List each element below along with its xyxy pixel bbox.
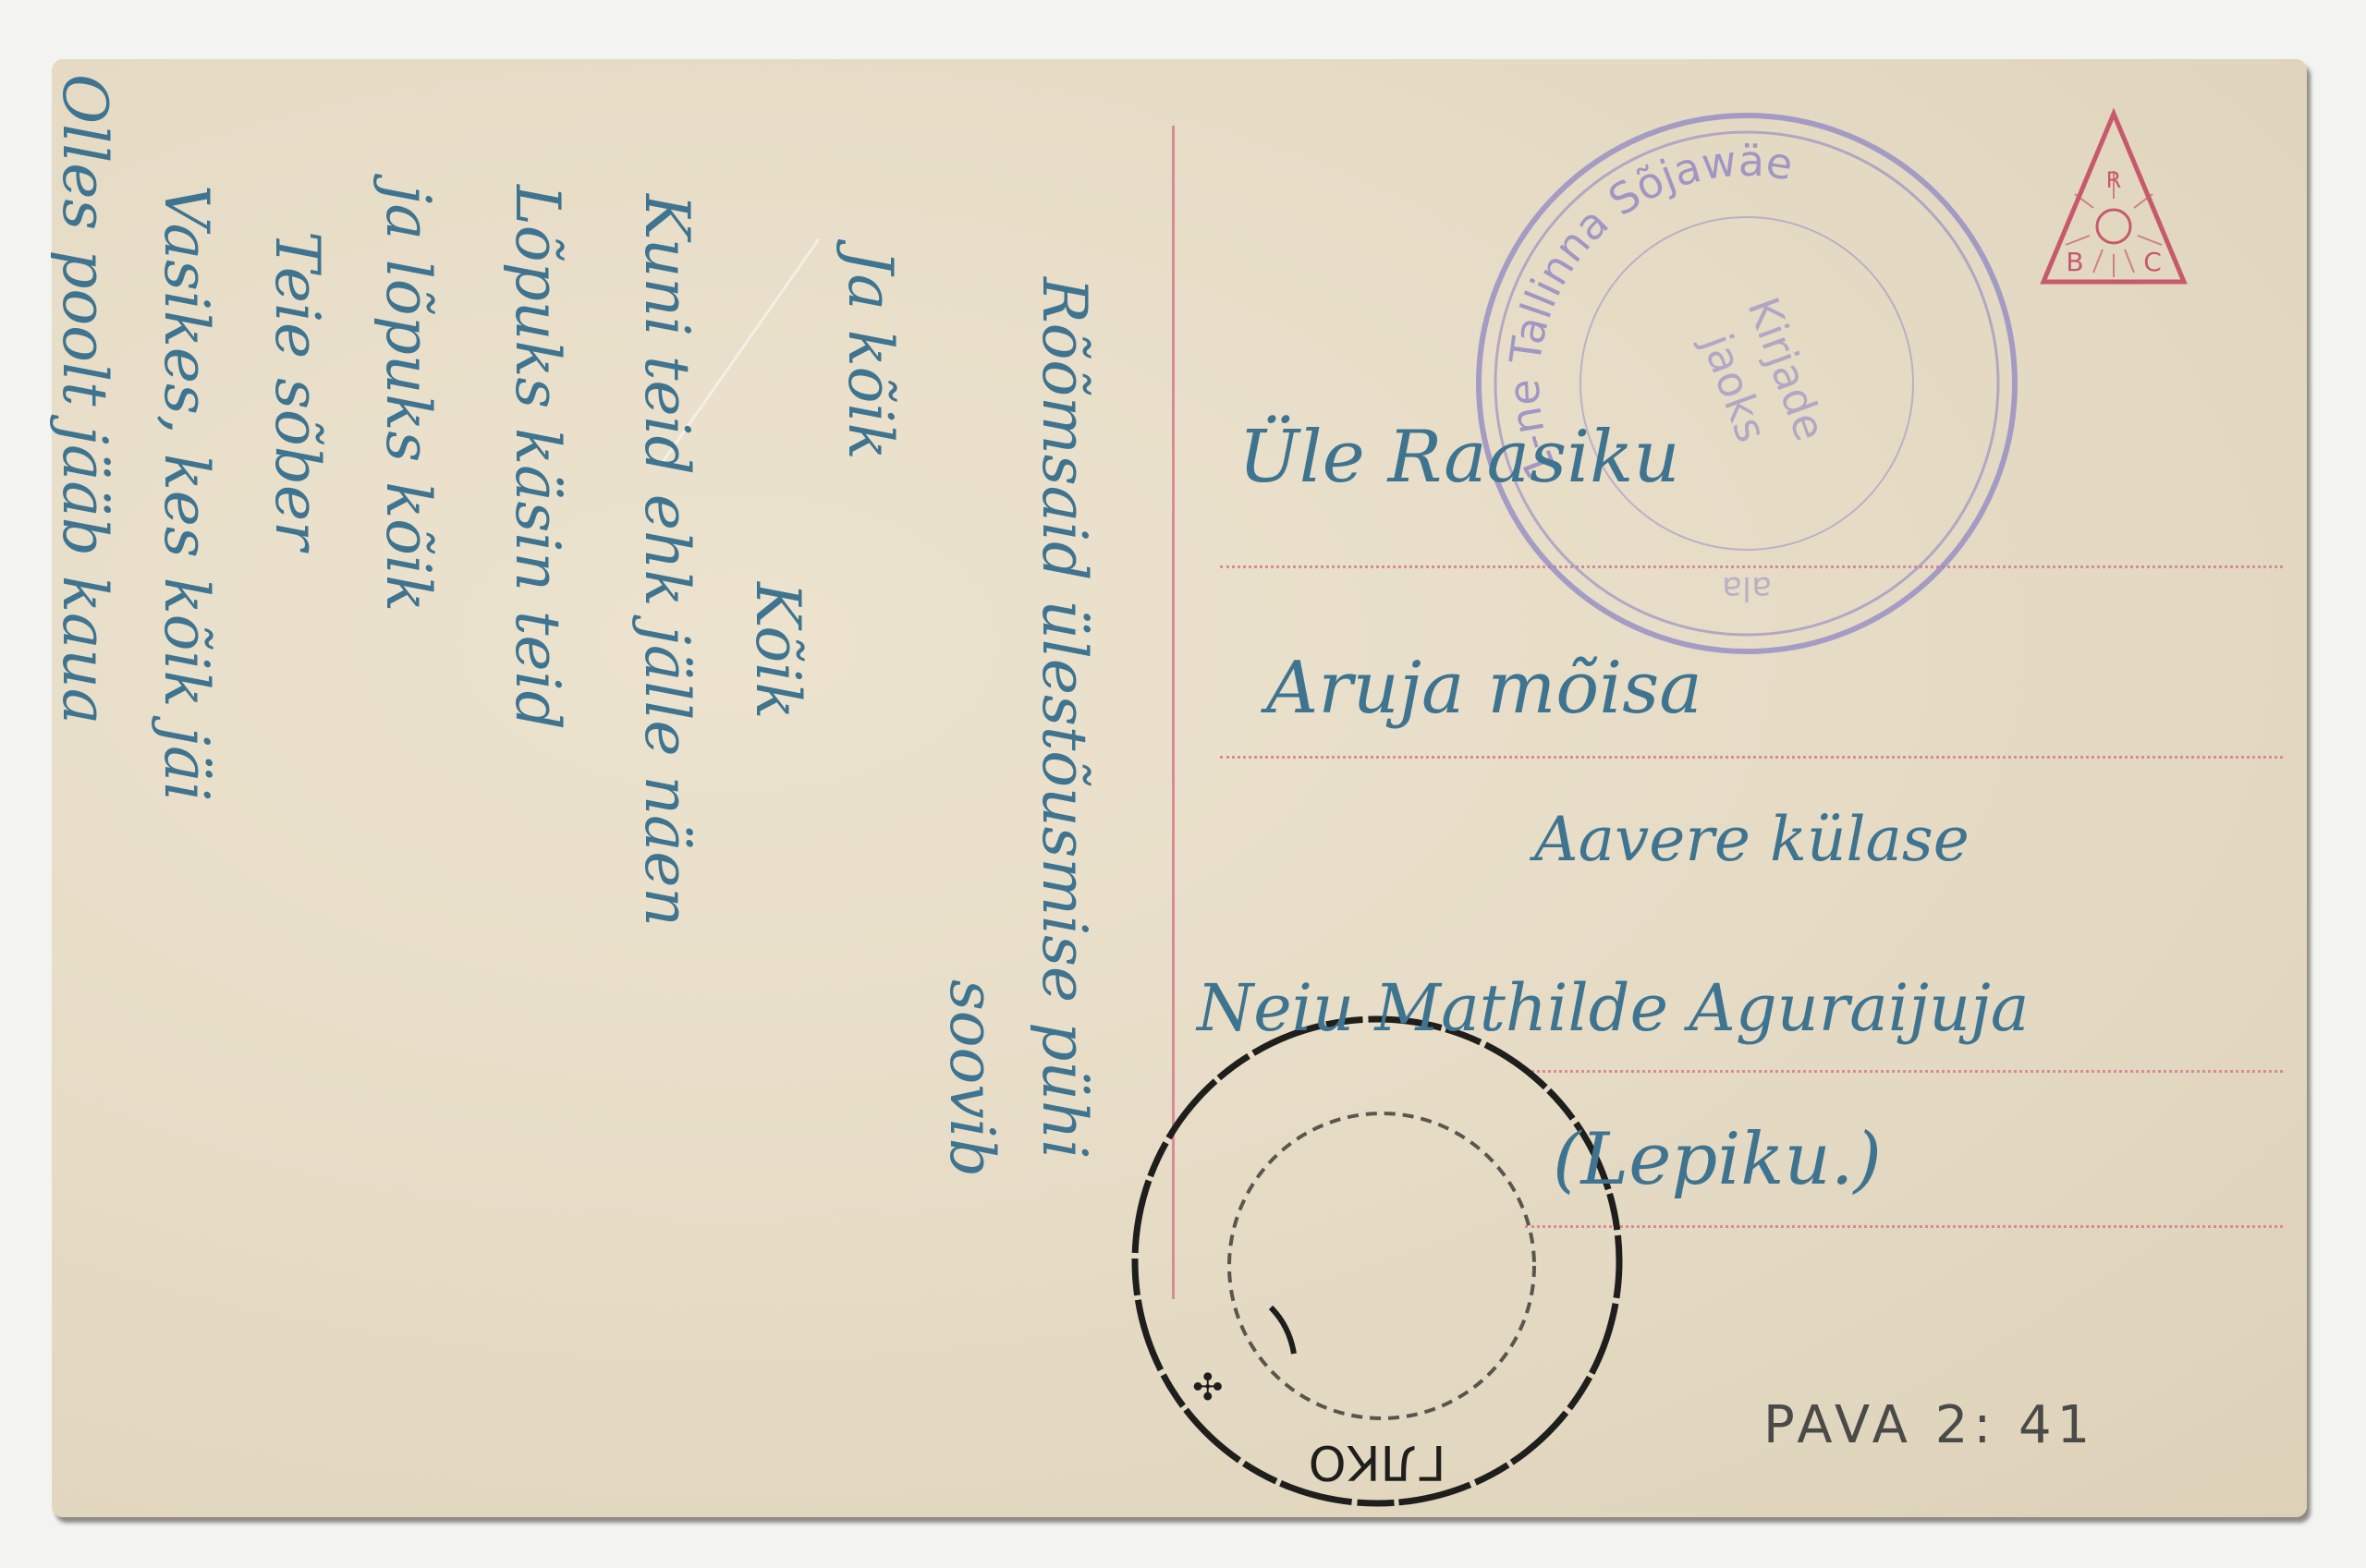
svg-text:B: B <box>2066 247 2083 277</box>
svg-text:ala: ala <box>1722 569 1772 607</box>
svg-text:R: R <box>2106 167 2122 193</box>
archive-reference: PAVA 2: 41 <box>1763 1395 2095 1455</box>
address-line-3 <box>1525 1070 2283 1073</box>
address-line-2 <box>1220 756 2283 759</box>
svg-text:✣: ✣ <box>1192 1367 1224 1409</box>
message-line: Olles poolt jääb kaua <box>49 74 120 724</box>
address-line-4 <box>1525 1225 2283 1228</box>
message-line: Teie sõber <box>262 231 333 551</box>
address-line-text: Aruja mõisa <box>1266 647 1702 730</box>
address-line-text: Üle Raasiku <box>1238 416 1680 499</box>
svg-text:ГЛКО: ГЛКО <box>1309 1434 1446 1489</box>
message-line: Rõõmsaid ülestõusmise pühi <box>1029 277 1100 1159</box>
red-cross-triangle-icon: R B C <box>2038 106 2190 291</box>
message-line: ja lõpuks kõik <box>372 185 444 612</box>
svg-text:C: C <box>2143 247 2162 277</box>
message-line: Kuni teid ehk jälle näen <box>631 194 702 927</box>
message-line: Ja kõik <box>835 249 906 460</box>
address-line-text: Aavere külase <box>1534 804 1970 875</box>
message-line: Kõik <box>742 582 813 719</box>
message-line: Vasikes, kes kõik jäi <box>151 185 222 801</box>
address-line-text: (Lepiku.) <box>1553 1118 1882 1201</box>
military-cachet-stamp: 1-ne Tallinna Sõjawäe Kirjade jaoks ala <box>1451 79 2043 670</box>
address-line-text: Neiu Mathilde Aguraijuja <box>1197 970 2030 1046</box>
message-line: soovib <box>936 979 1007 1177</box>
message-line: Lõpuks käsin teid <box>502 185 573 730</box>
postmark: ГЛКО ✣ <box>1118 1003 1636 1520</box>
